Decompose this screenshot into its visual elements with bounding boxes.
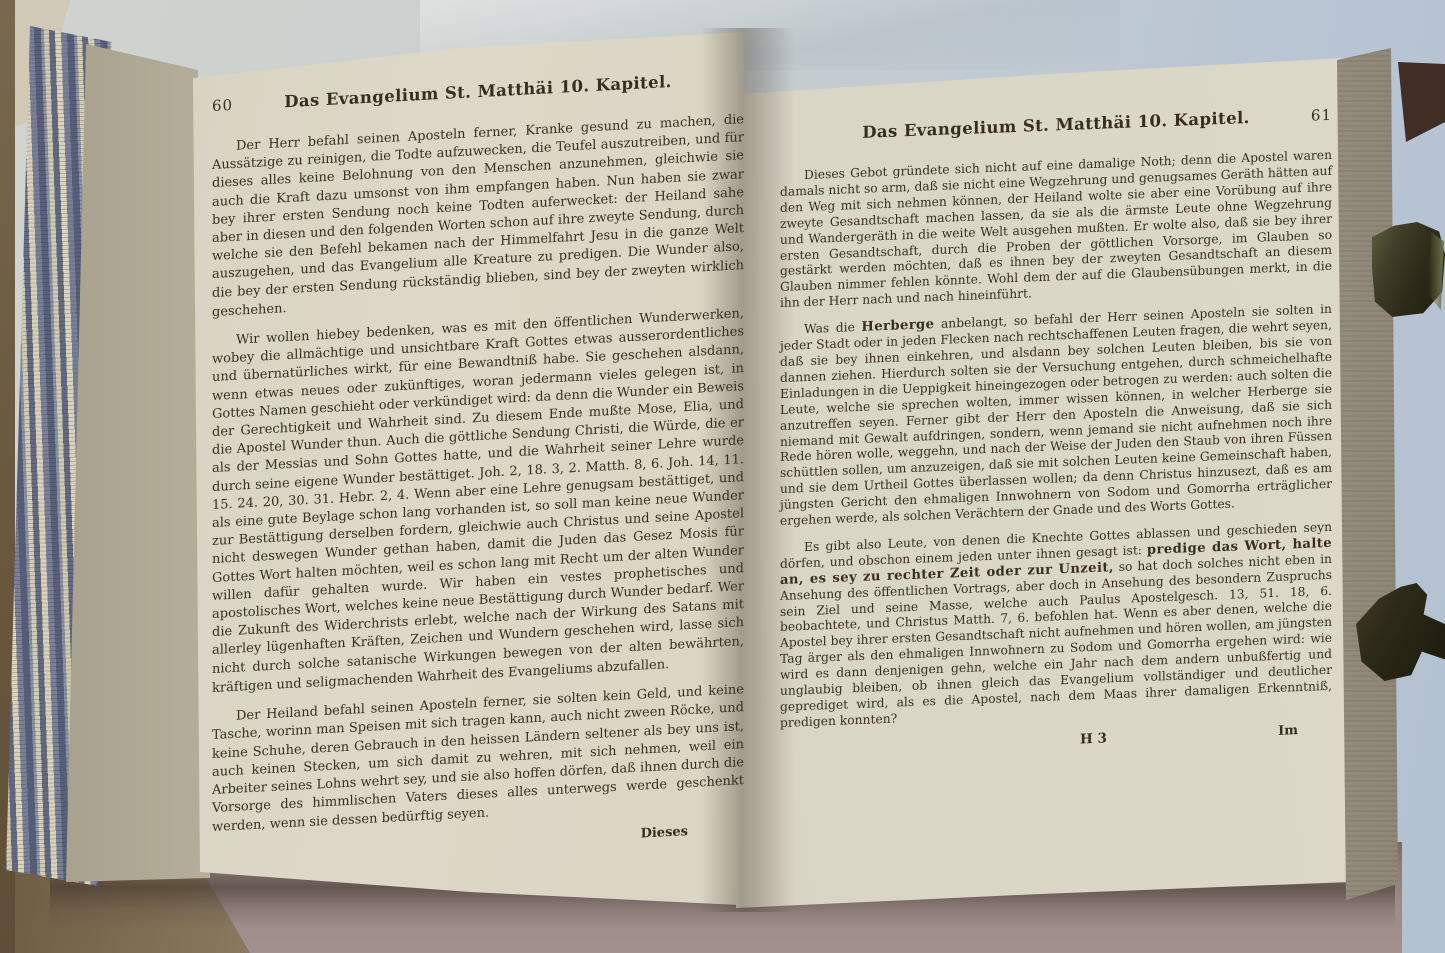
left-paragraph-2: Wir wollen hiebey bedenken, was es mit d… bbox=[212, 305, 744, 698]
paragraph-text: Dieses Gebot gründete sich nicht auf ein… bbox=[780, 148, 1332, 310]
right-page-content: Das Evangelium St. Matthäi 10. Kapitel. … bbox=[780, 105, 1332, 765]
catchword-left: Dieses bbox=[641, 824, 688, 841]
open-book-photograph: 60 Das Evangelium St. Matthäi 10. Kapite… bbox=[0, 0, 1445, 953]
right-page-number: 61 bbox=[1274, 106, 1332, 126]
paragraph-text: Was die bbox=[804, 320, 861, 336]
right-paragraph-1: Dieses Gebot gründete sich nicht auf ein… bbox=[780, 148, 1332, 312]
paragraph-text: Der Herr befahl seinen Aposteln ferner, … bbox=[212, 112, 744, 320]
right-paragraph-2: Was die Herberge anbelangt, so befahl de… bbox=[780, 302, 1332, 530]
right-header-spacer bbox=[780, 139, 838, 141]
paragraph-text: Wir wollen hiebey bedenken, was es mit d… bbox=[212, 306, 744, 696]
left-page-content: 60 Das Evangelium St. Matthäi 10. Kapite… bbox=[212, 68, 744, 870]
left-paragraph-3: Der Heiland befahl seinen Aposteln ferne… bbox=[212, 681, 744, 837]
left-page-number: 60 bbox=[212, 94, 270, 115]
catchword-right: Im bbox=[1278, 723, 1298, 739]
left-paragraph-1: Der Herr befahl seinen Aposteln ferner, … bbox=[212, 111, 744, 322]
paragraph-text: Der Heiland befahl seinen Aposteln ferne… bbox=[212, 682, 744, 835]
right-paragraph-3: Es gibt also Leute, von denen die Knecht… bbox=[780, 520, 1332, 732]
left-header-spacer bbox=[686, 83, 744, 86]
emphasis-text: Herberge bbox=[861, 317, 934, 335]
paragraph-text: anbelangt, so befahl der Herr seinen Apo… bbox=[780, 302, 1332, 528]
signature-mark: H 3 bbox=[1080, 730, 1107, 747]
